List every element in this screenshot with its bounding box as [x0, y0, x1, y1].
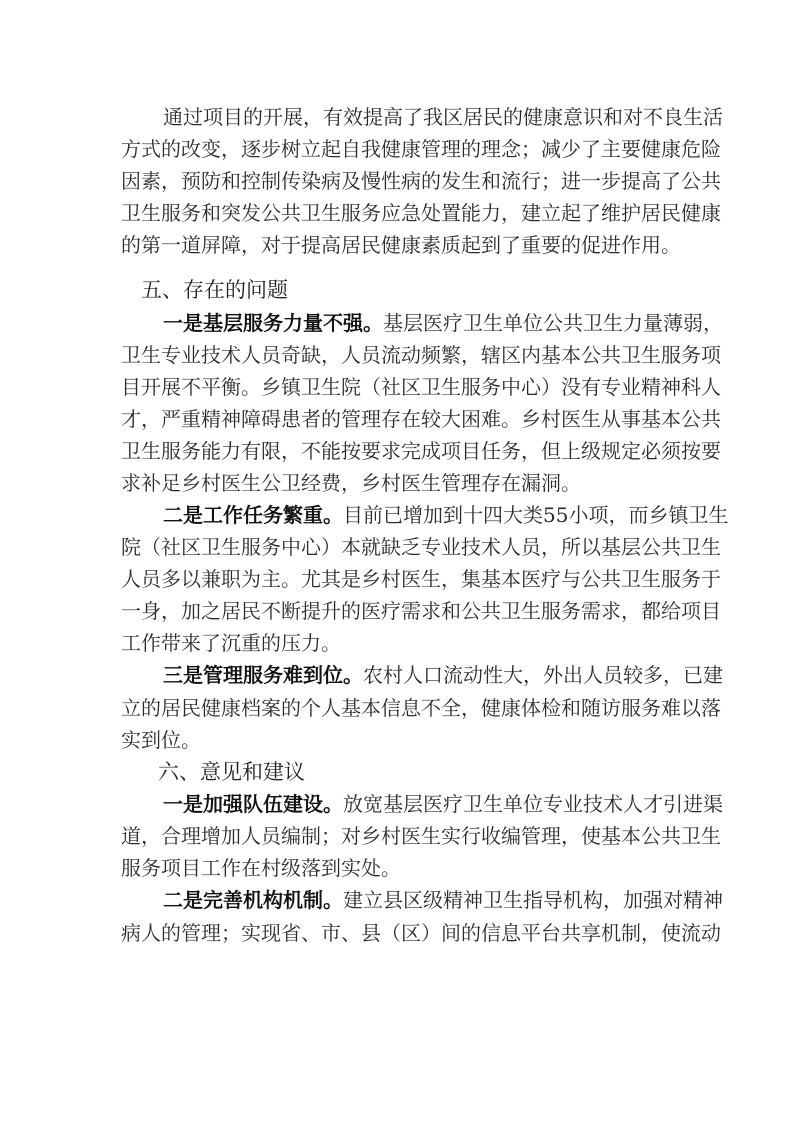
paragraph-line: 求补足乡村医生公卫经费，乡村医生管理存在漏洞。 [121, 467, 670, 499]
paragraph-line: 道，合理增加人员编制；对乡村医生实行收编管理，使基本公共卫生 [121, 820, 670, 852]
paragraph-line: 立的居民健康档案的个人基本信息不全，健康体检和随访服务难以落 [121, 692, 670, 724]
paragraph-lead-bold: 一是基层服务力量不强。 [163, 311, 383, 335]
paragraph-lead-bold: 三是管理服务难到位。 [163, 663, 363, 687]
document-page: 通过项目的开展，有效提高了我区居民的健康意识和对不良生活 方式的改变，逐步树立起… [0, 0, 793, 1122]
paragraph-lead-bold: 一是加强队伍建设。 [163, 792, 343, 816]
paragraph-line: 工作带来了沉重的压力。 [121, 627, 670, 659]
paragraph-text: 基层医疗卫生单位公共卫生力量薄弱， [383, 311, 723, 335]
paragraph-line: 实到位。 [121, 724, 670, 756]
paragraph-first-line: 二是完善机构机制。建立县区级精神卫生指导机构，加强对精神 [163, 884, 670, 916]
paragraph-first-line: 二是工作任务繁重。目前已增加到十四大类55小项，而乡镇卫生 [163, 499, 670, 531]
paragraph-line: 才，严重精神障碍患者的管理存在较大困难。乡村医生从事基本公共 [121, 403, 670, 435]
paragraph-text: 建立县区级精神卫生指导机构，加强对精神 [343, 888, 723, 912]
section-heading-suggestions: 六、意见和建议 [158, 756, 305, 788]
paragraph-intro-line: 因素，预防和控制传染病及慢性病的发生和流行；进一步提高了公共 [121, 165, 670, 197]
paragraph-text: 放宽基层医疗卫生单位专业技术人才引进渠 [343, 792, 723, 816]
paragraph-line: 卫生服务能力有限，不能按要求完成项目任务，但上级规定必须按要 [121, 435, 670, 467]
paragraph-line: 人员多以兼职为主。尤其是乡村医生，集基本医疗与公共卫生服务于 [121, 563, 670, 595]
paragraph-intro-line: 卫生服务和突发公共卫生服务应急处置能力，建立起了维护居民健康 [121, 197, 670, 229]
paragraph-lead-bold: 二是完善机构机制。 [163, 888, 343, 912]
paragraph-first-line: 三是管理服务难到位。农村人口流动性大，外出人员较多，已建 [163, 659, 670, 691]
paragraph-line: 病人的管理；实现省、市、县（区）间的信息平台共享机制，使流动 [121, 917, 670, 949]
paragraph-lead-bold: 二是工作任务繁重。 [163, 503, 343, 527]
paragraph-line: 目开展不平衡。乡镇卫生院（社区卫生服务中心）没有专业精神科人 [121, 371, 670, 403]
section-heading-problems: 五、存在的问题 [141, 274, 288, 306]
paragraph-text: 目前已增加到十四大类55小项，而乡镇卫生 [343, 503, 728, 527]
paragraph-intro-line: 方式的改变，逐步树立起自我健康管理的理念；减少了主要健康危险 [121, 133, 670, 165]
paragraph-text: 农村人口流动性大，外出人员较多，已建 [363, 663, 723, 687]
paragraph-line: 卫生专业技术人员奇缺，人员流动频繁，辖区内基本公共卫生服务项 [121, 339, 670, 371]
paragraph-intro-line: 通过项目的开展，有效提高了我区居民的健康意识和对不良生活 [163, 101, 670, 133]
paragraph-line: 服务项目工作在村级落到实处。 [121, 852, 670, 884]
paragraph-intro-line: 的第一道屏障，对于提高居民健康素质起到了重要的促进作用。 [121, 229, 670, 261]
paragraph-line: 院（社区卫生服务中心）本就缺乏专业技术人员，所以基层公共卫生 [121, 531, 670, 563]
paragraph-line: 一身，加之居民不断提升的医疗需求和公共卫生服务需求，都给项目 [121, 595, 670, 627]
paragraph-first-line: 一是基层服务力量不强。基层医疗卫生单位公共卫生力量薄弱， [163, 307, 670, 339]
paragraph-first-line: 一是加强队伍建设。放宽基层医疗卫生单位专业技术人才引进渠 [163, 788, 670, 820]
